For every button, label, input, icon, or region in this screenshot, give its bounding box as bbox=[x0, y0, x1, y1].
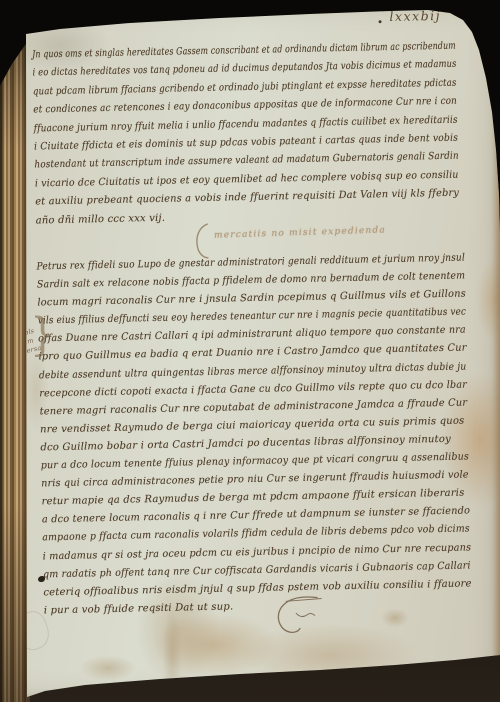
paragraph-1: Jn quos oms et singlas hereditates Gasse… bbox=[32, 38, 460, 231]
folio-number: lxxxbij bbox=[389, 8, 441, 24]
handwriting-layer: lxxxbij Jn quos oms et singlas hereditat… bbox=[0, 0, 500, 702]
manuscript-page: lxxxbij Jn quos oms et singlas hereditat… bbox=[0, 0, 500, 702]
notarial-flourish-icon bbox=[267, 590, 326, 641]
ink-dot bbox=[379, 20, 382, 23]
book-gutter-page-edges bbox=[0, 0, 30, 702]
photo-background: lxxxbij Jn quos oms et singlas hereditat… bbox=[0, 0, 500, 702]
heading-annotation: mercatiis no misit expedienda bbox=[214, 225, 414, 241]
paragraph-2: Petrus rex ffideli suo Lupo de gnestar a… bbox=[36, 249, 471, 620]
